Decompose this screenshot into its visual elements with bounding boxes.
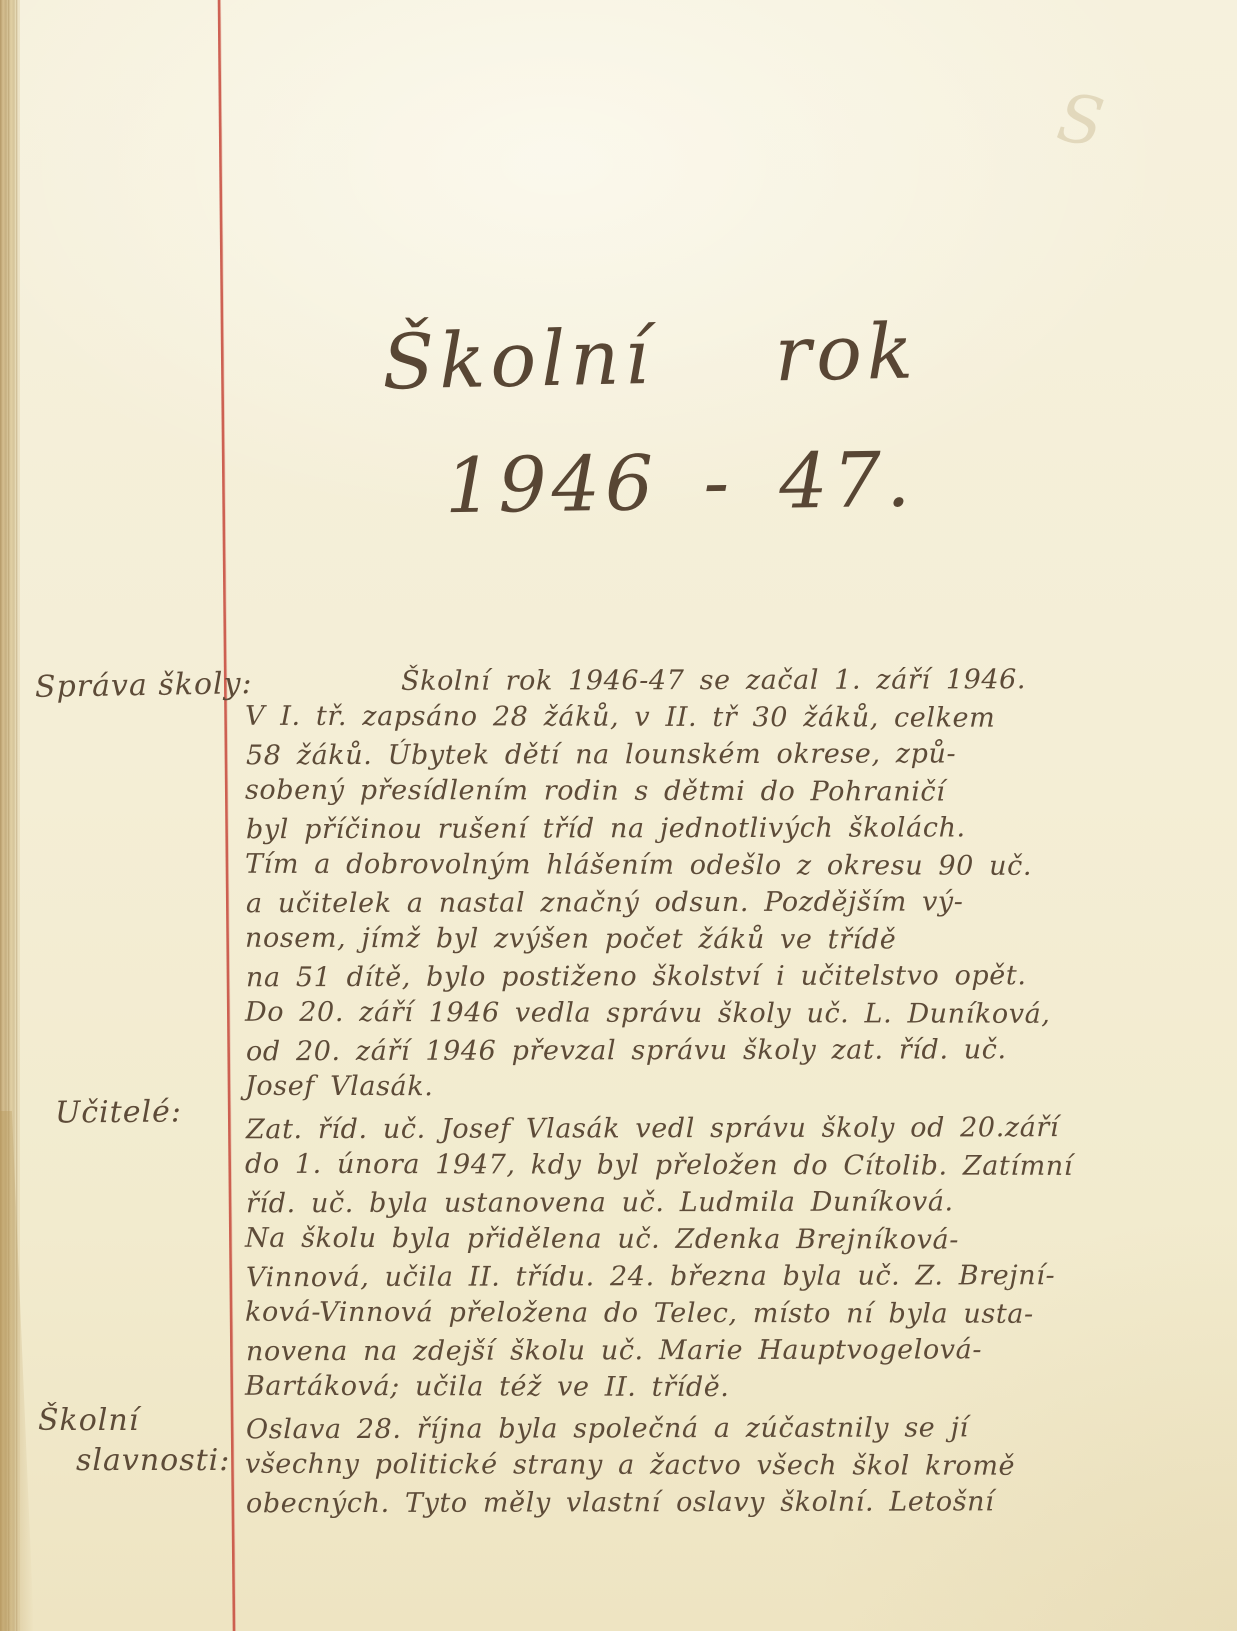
margin-label-slavnosti: slavnosti: <box>76 1443 230 1478</box>
handwritten-line: 58 žáků. Úbytek dětí na lounském okrese,… <box>246 735 1206 775</box>
handwritten-line: všechny politické strany a žactvo všech … <box>245 1446 1205 1486</box>
handwritten-line: Josef Vlasák. <box>245 1068 1205 1108</box>
handwritten-line: obecných. Tyto měly vlastní oslavy školn… <box>246 1483 1206 1523</box>
paragraph-skolni-slavnosti: Oslava 28. října byla společná a zúčastn… <box>245 1410 1205 1521</box>
paragraph-ucitele: Zat. říd. uč. Josef Vlasák vedl správu š… <box>245 1110 1205 1406</box>
handwritten-line: Zat. říd. uč. Josef Vlasák vedl správu š… <box>246 1109 1206 1149</box>
chronicle-page: S Školní rok 1946 - 47. Správa školy: Uč… <box>0 0 1237 1631</box>
handwritten-line: a učitelek a nastal značný odsun. Pozděj… <box>246 883 1206 923</box>
handwritten-line: byl příčinou rušení tříd na jednotlivých… <box>246 809 1206 849</box>
handwritten-line: do 1. února 1947, kdy byl přeložen do Cí… <box>245 1146 1205 1186</box>
handwritten-line: ková-Vinnová přeložena do Telec, místo n… <box>245 1294 1205 1334</box>
handwritten-line: od 20. září 1946 převzal správu školy za… <box>246 1031 1206 1071</box>
handwritten-line: sobený přesídlením rodin s dětmi do Pohr… <box>245 772 1205 812</box>
handwritten-line: Oslava 28. října byla společná a zúčastn… <box>246 1409 1206 1449</box>
handwritten-line: Vinnová, učila II. třídu. 24. března byl… <box>246 1257 1206 1297</box>
handwritten-line: nosem, jímž byl zvýšen počet žáků ve tří… <box>245 920 1205 960</box>
handwritten-line: Školní rok 1946-47 se začal 1. září 1946… <box>246 661 1206 701</box>
handwritten-line: říd. uč. byla ustanovena uč. Ludmila Dun… <box>246 1183 1206 1223</box>
handwritten-line: Do 20. září 1946 vedla správu školy uč. … <box>245 994 1205 1034</box>
handwritten-line: V I. tř. zapsáno 28 žáků, v II. tř 30 žá… <box>245 698 1205 738</box>
handwritten-line: Bartáková; učila též ve II. třídě. <box>245 1368 1205 1408</box>
handwritten-line: na 51 dítě, bylo postiženo školství i uč… <box>246 957 1206 997</box>
handwritten-line: Na školu byla přidělena uč. Zdenka Brejn… <box>245 1220 1205 1260</box>
page-title-line-2: 1946 - 47. <box>379 434 980 531</box>
handwritten-line: novena na zdejší školu uč. Marie Hauptvo… <box>246 1331 1206 1371</box>
page-title-line-1: Školní rok <box>299 305 1001 409</box>
handwritten-line: Tím a dobrovolným hlášením odešlo z okre… <box>245 846 1205 886</box>
paragraph-sprava-skoly: Školní rok 1946-47 se začal 1. září 1946… <box>245 662 1205 1106</box>
margin-label-skolni: Školní <box>38 1403 139 1438</box>
margin-label-sprava-skoly: Správa školy: <box>35 666 253 705</box>
margin-label-ucitele: Učitelé: <box>55 1094 182 1130</box>
